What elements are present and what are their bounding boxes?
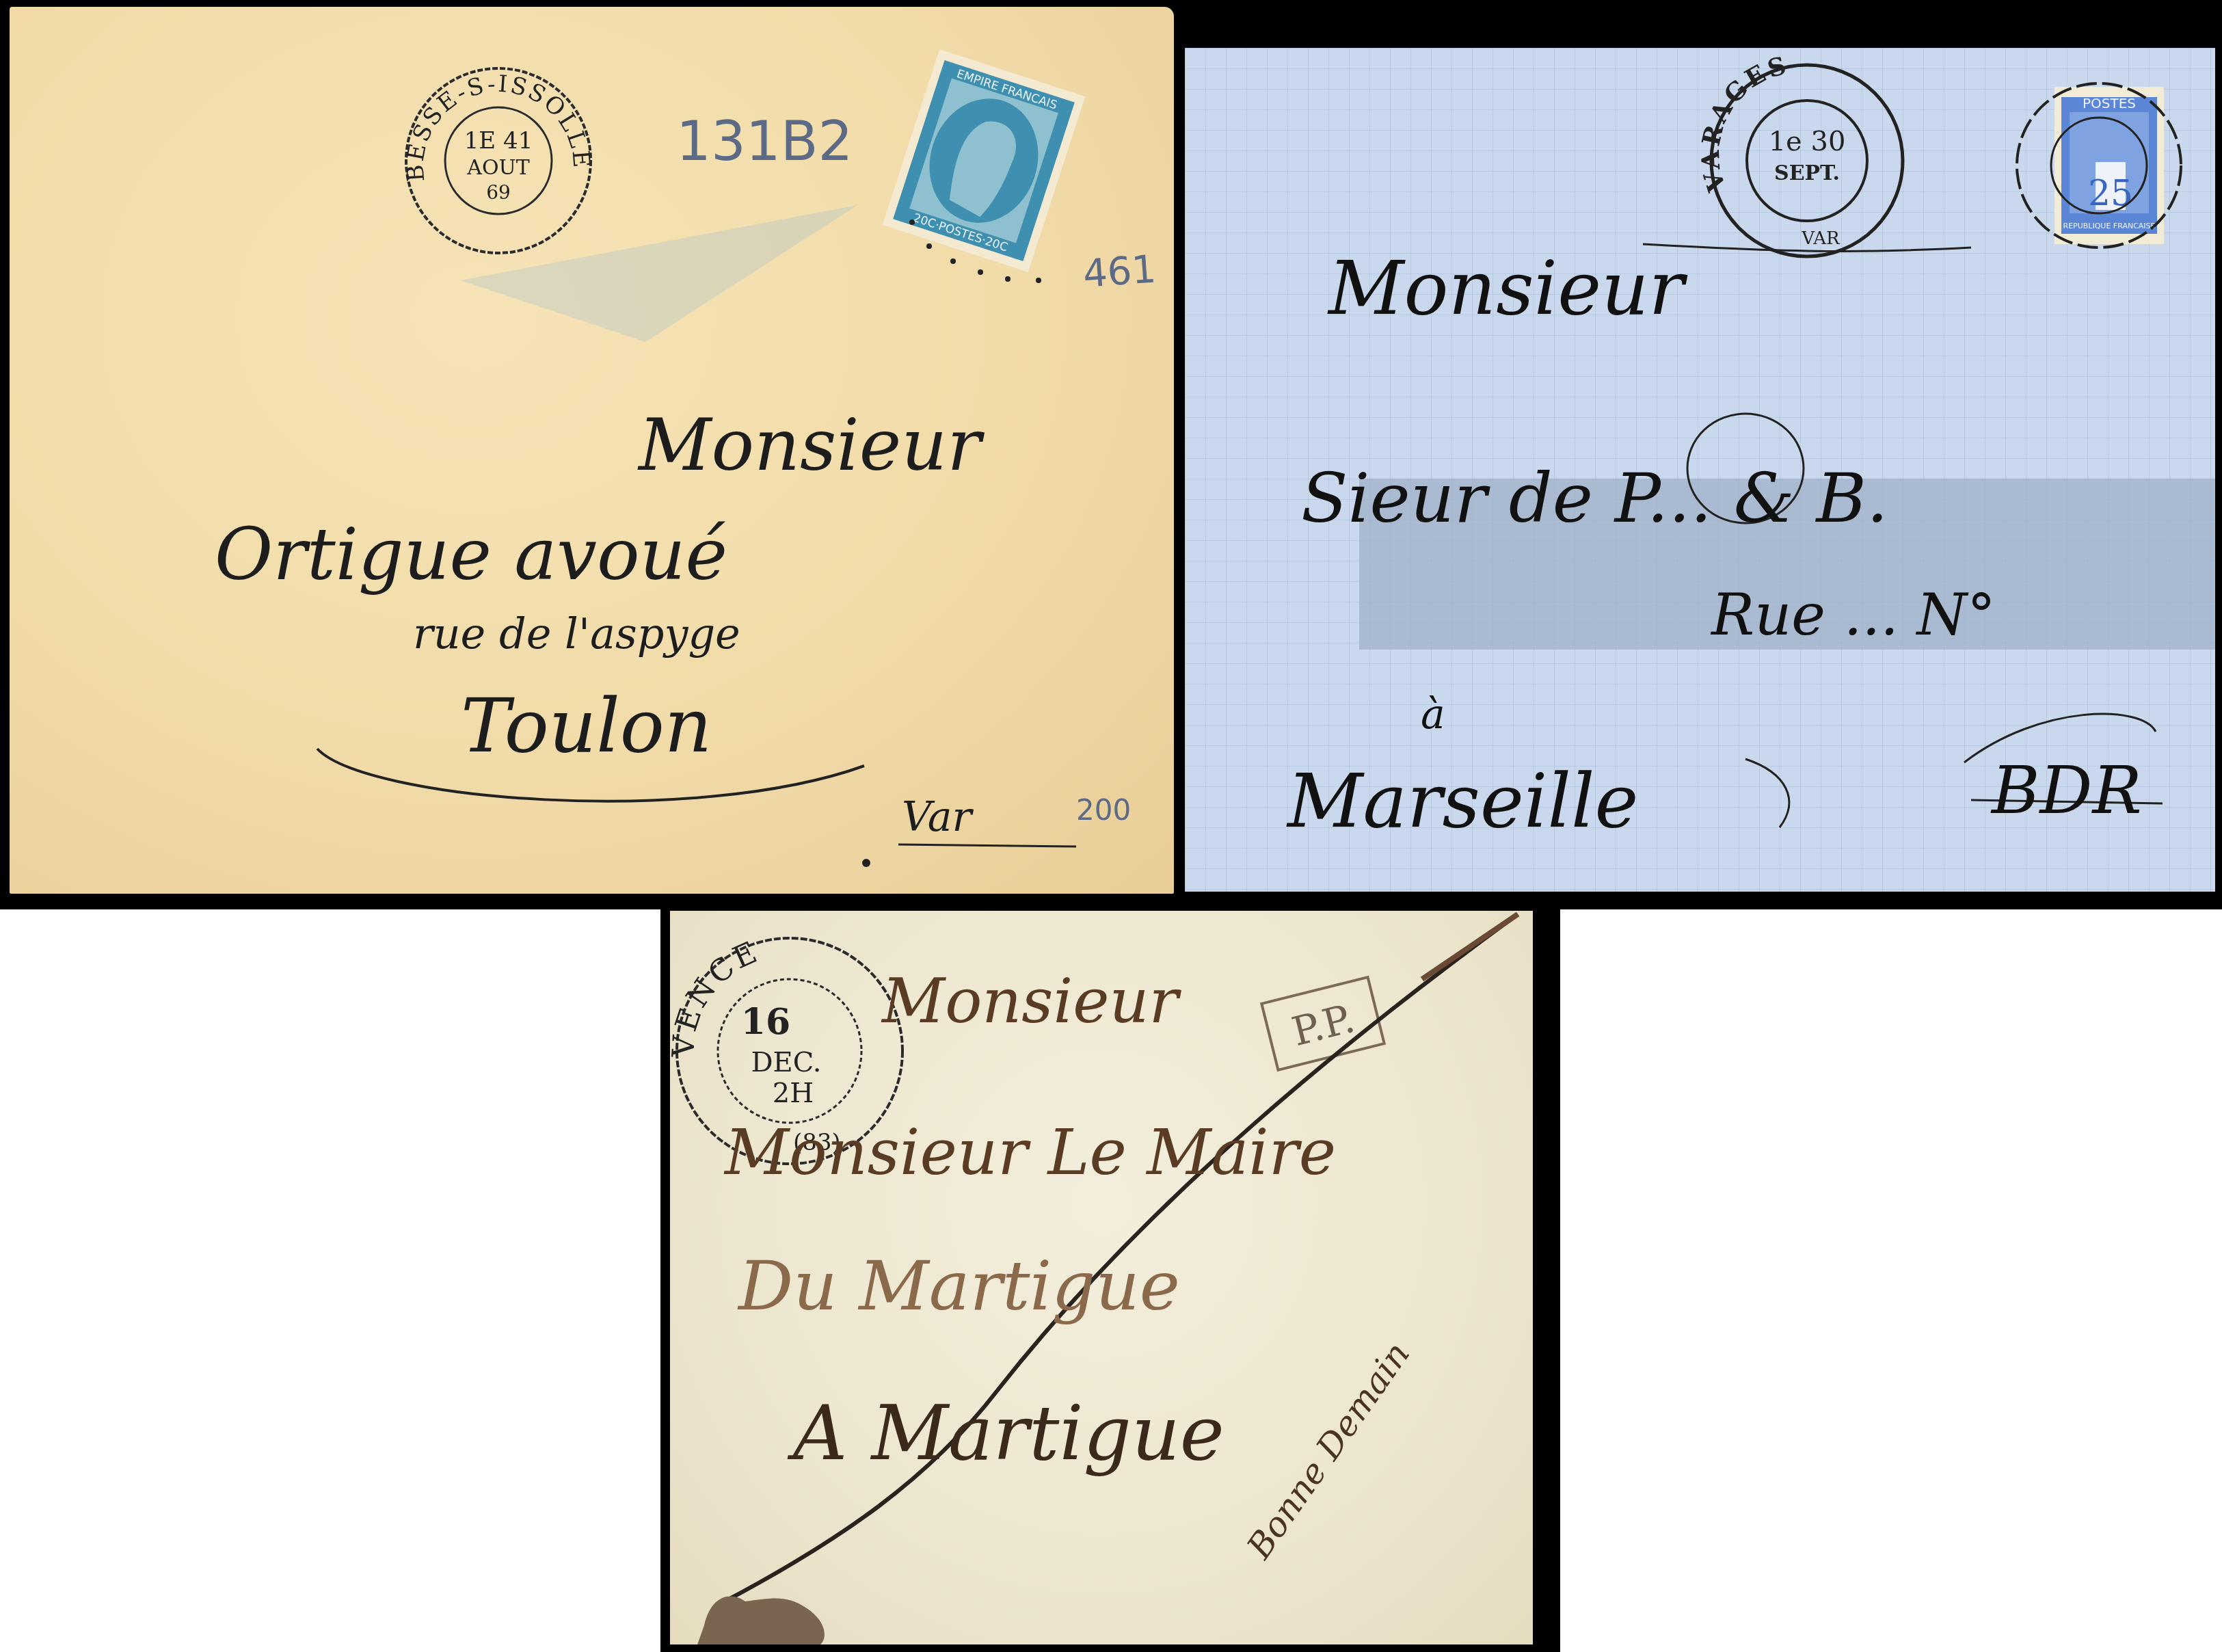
pp-boxed-mark: P.P.	[1261, 977, 1384, 1070]
svg-text:1e 30: 1e 30	[1769, 126, 1846, 157]
besse-postmark: BESSE-S-ISSOLLE 1E 41 AOUT 69	[401, 68, 595, 253]
svg-text:1E 41: 1E 41	[464, 127, 533, 155]
svg-text:REPUBLIQUE FRANCAISE: REPUBLIQUE FRANCAISE	[2063, 222, 2155, 230]
svg-text:DEC.: DEC.	[751, 1047, 821, 1078]
cover-besse-envelope: BESSE-S-ISSOLLE 1E 41 AOUT 69 EMPIRE FRA…	[10, 7, 1174, 894]
pencil-note-numeral: 461	[1082, 247, 1157, 296]
svg-text:AOUT: AOUT	[466, 156, 530, 180]
svg-text:16: 16	[741, 1001, 790, 1043]
destination-annotation: BDR	[1992, 752, 2142, 829]
cover-vence-letter: VENCE 16 DEC. 2H (83) P.P. Monsieur Mons…	[670, 911, 1533, 1644]
address-line-5: Var	[902, 793, 972, 841]
address-line-3: rue de l'aspyge	[413, 609, 740, 658]
address-line-1: Monsieur	[1328, 246, 1684, 332]
address-line-4: A Martigue	[793, 1389, 1224, 1477]
address-line-5: Marseille	[1287, 759, 1638, 844]
address-line-2: Ortigue avoué	[215, 513, 727, 596]
address-line-1: Monsieur	[882, 965, 1179, 1037]
svg-text:VAR: VAR	[1801, 228, 1840, 249]
svg-text:POSTES: POSTES	[2083, 95, 2136, 111]
napoleon-20c-stamp: EMPIRE FRANCAIS 20C·POSTES·20C	[883, 49, 1085, 272]
pencil-note-catalogue: 131B2	[676, 109, 853, 173]
address-line-1: Monsieur	[639, 403, 981, 487]
address-line-2: Sieur de P... & B.	[1301, 458, 1888, 538]
svg-text:2H: 2H	[773, 1078, 814, 1109]
cover-varages-letter: VARAGES 1e 30 SEPT. VAR 25 POSTES REPUBL…	[1185, 48, 2215, 892]
svg-text:69: 69	[486, 181, 511, 204]
address-line-4: Toulon	[461, 684, 712, 769]
address-line-4: à	[1421, 691, 1445, 738]
svg-text:SEPT.: SEPT.	[1774, 161, 1840, 185]
svg-text:25: 25	[2088, 173, 2133, 214]
address-line-2: Monsieur Le Maire	[725, 1116, 1336, 1189]
sage-25c-stamp: 25 POSTES REPUBLIQUE FRANCAISE	[2017, 83, 2181, 248]
address-line-3: Du Martigue	[738, 1246, 1180, 1326]
pencil-note-price: 200	[1076, 793, 1131, 827]
varages-postmark: VARAGES 1e 30 SEPT. VAR	[1696, 51, 1903, 256]
address-line-3: Rue ... N°	[1711, 581, 1996, 648]
